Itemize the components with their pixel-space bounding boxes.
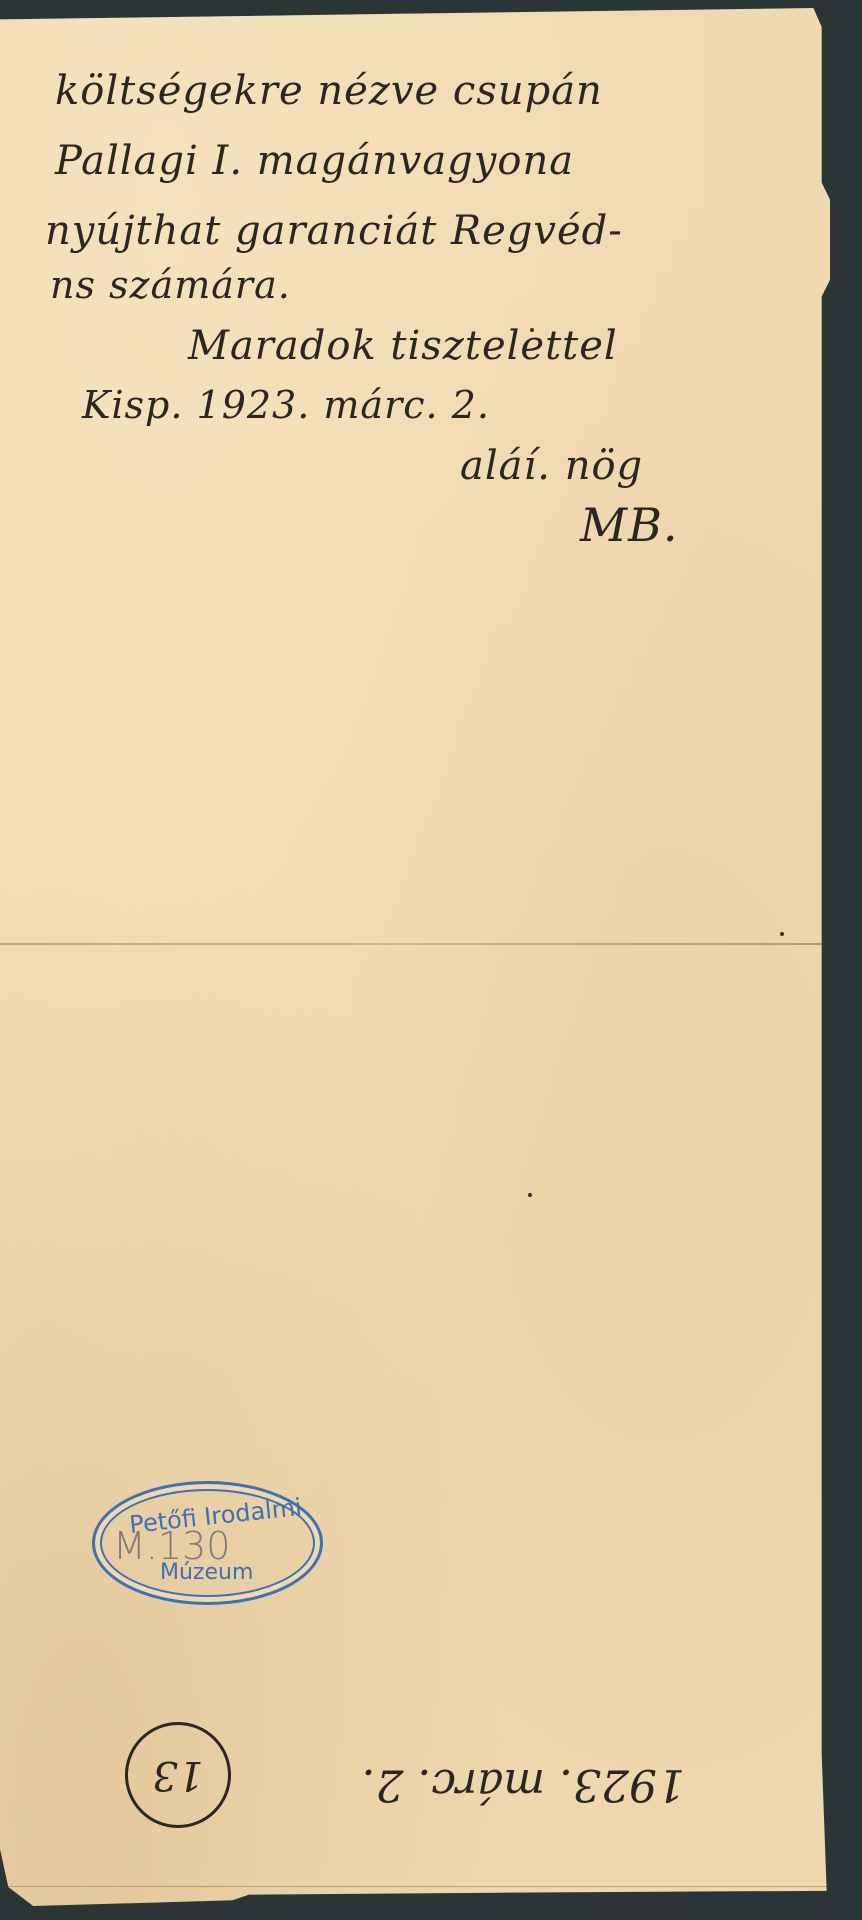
handwritten-place-date: Kisp. 1923. márc. 2. <box>82 383 490 427</box>
upside-down-note: 1923. márc. 2. 13 <box>125 1718 685 1828</box>
signature-initials: MB. <box>580 498 679 552</box>
handwritten-line-3: nyújthat garanciát Regvéd- <box>45 208 623 254</box>
paper-fold-line <box>0 943 828 945</box>
upside-down-date: 1923. márc. 2. <box>361 1759 685 1810</box>
handwritten-line-2: Pallagi I. magánvagyona <box>55 138 574 184</box>
document-page: költségekre nézve csupán Pallagi I. magá… <box>0 8 830 1906</box>
handwritten-signature-note: aláí. nög <box>460 443 643 489</box>
handwritten-line-1: költségekre nézve csupán <box>55 68 603 114</box>
museum-stamp: Petőfi Irodalmi M.130 Múzeum <box>92 1481 323 1605</box>
handwritten-line-4: ns számára. <box>50 263 291 307</box>
ink-speck <box>528 1193 532 1197</box>
handwritten-closing: Maradok tisztelettel <box>188 323 618 369</box>
ink-speck <box>780 932 784 936</box>
stamp-bottom-text: Múzeum <box>160 1560 253 1585</box>
circled-page-number: 13 <box>125 1722 231 1828</box>
paper-bottom-fold <box>0 1886 830 1887</box>
ink-speck <box>530 328 534 332</box>
